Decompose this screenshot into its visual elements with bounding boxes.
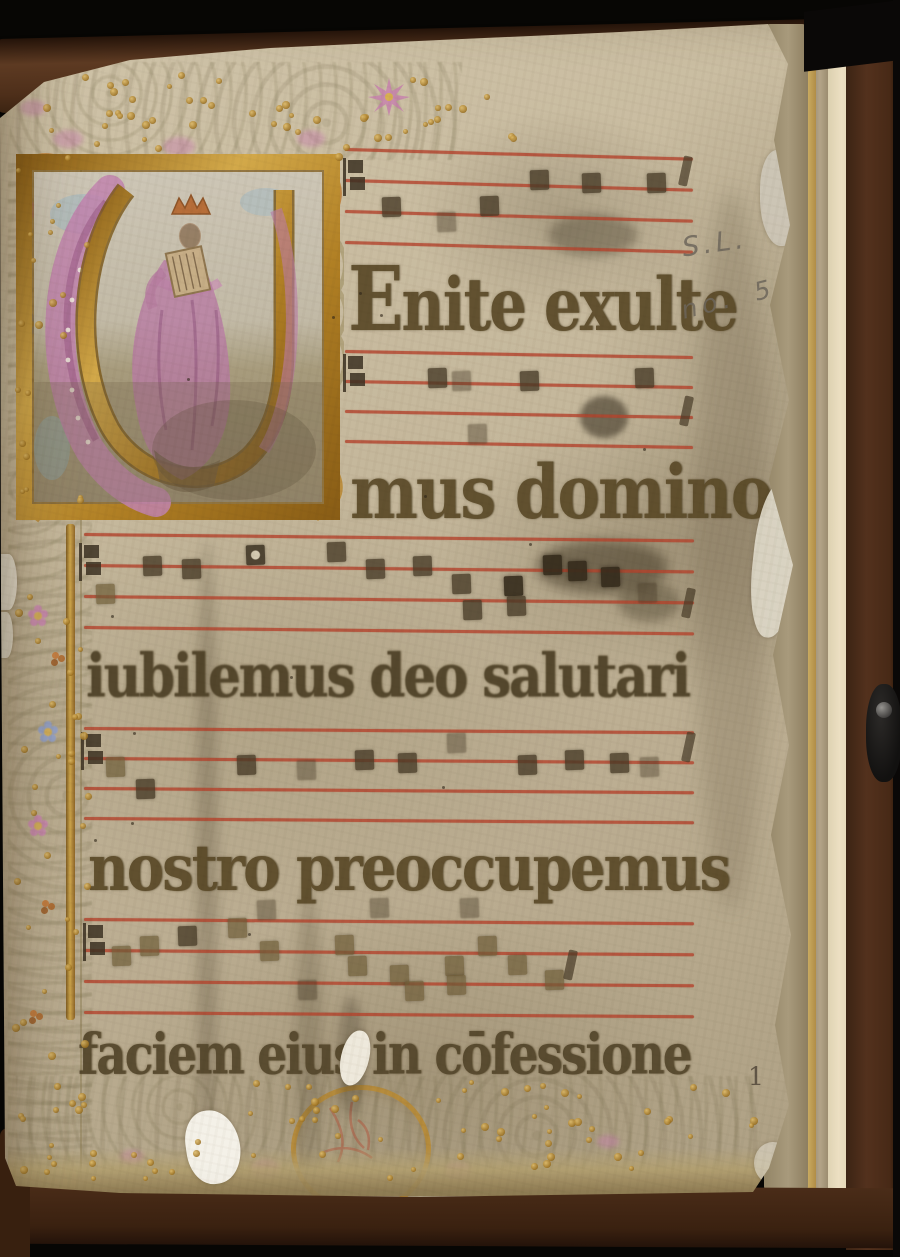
neume (640, 757, 660, 778)
neume (568, 561, 588, 582)
gold-besant-dot (289, 1118, 295, 1124)
gold-besant-dot (131, 1152, 137, 1158)
neume (445, 956, 465, 977)
chant-line-5: faciem eius in cōfessione (78, 1022, 691, 1088)
custos-mark (679, 395, 694, 426)
neume (545, 970, 565, 991)
fly-speck (248, 933, 251, 936)
gold-besant-dot (84, 883, 91, 890)
neume (136, 779, 156, 800)
staff-line (84, 1011, 694, 1018)
gold-besant-dot (722, 1089, 730, 1097)
psaltery-icon (166, 246, 210, 297)
gold-besant-dot (331, 1105, 339, 1113)
neume (504, 576, 524, 597)
photograph-of-bound-manuscript: Enite exulte mus domino iubilemus deo sa… (0, 0, 900, 1257)
gold-besant-dot (285, 1084, 291, 1090)
gold-besant-dot (501, 1088, 509, 1096)
gold-besant-dot (189, 121, 197, 129)
clef-mark (86, 734, 106, 774)
gold-besant-dot (78, 1093, 86, 1101)
neume (447, 733, 467, 754)
chant-line-3: iubilemus deo salutari (86, 640, 689, 711)
neume (601, 567, 621, 588)
neume (463, 600, 483, 621)
gold-besant-dot (543, 1160, 551, 1168)
gold-besant-dot (282, 101, 290, 109)
staff-line (84, 980, 694, 987)
pink-star-floret-icon (366, 76, 412, 118)
gold-besant-dot (15, 609, 23, 617)
parchment-page: Enite exulte mus domino iubilemus deo sa… (0, 0, 900, 1257)
custos-mark (681, 731, 696, 762)
gold-besant-dot (54, 1083, 61, 1090)
gold-besant-dot (638, 1150, 644, 1156)
gold-besant-dot (497, 1128, 505, 1136)
gold-besant-dot (127, 112, 135, 120)
gold-besant-dot (49, 299, 57, 307)
fly-speck (424, 495, 427, 498)
gold-besant-dot (90, 1150, 97, 1157)
gold-besant-dot (311, 1098, 319, 1106)
gold-besant-dot (664, 1118, 671, 1125)
gold-besant-dot (68, 758, 75, 765)
clef-mark (88, 925, 108, 965)
fly-speck (133, 732, 136, 735)
neume (530, 170, 550, 191)
gold-besant-dot (335, 1133, 341, 1139)
gold-besant-dot (186, 97, 193, 104)
berry-cluster-icon (30, 1010, 37, 1017)
gold-besant-dot (360, 114, 368, 122)
gold-besant-dot (319, 1151, 326, 1158)
neume (508, 955, 528, 976)
neume (405, 981, 425, 1002)
gold-besant-dot (540, 1083, 546, 1089)
staff-line (345, 440, 693, 449)
gold-besant-dot (42, 989, 47, 994)
gold-besant-dot (51, 1161, 57, 1167)
fly-speck (94, 839, 97, 842)
gold-besant-dot (142, 137, 147, 142)
gold-besant-dot (374, 134, 382, 142)
staff-line (84, 757, 694, 764)
gold-besant-dot (216, 78, 222, 84)
clef-mark (348, 356, 368, 396)
gold-besant-dot (81, 1040, 89, 1048)
gold-besant-dot (19, 440, 26, 447)
neume (398, 753, 418, 774)
age-darkening (152, 400, 316, 500)
gold-besant-dot (110, 88, 118, 96)
gold-besant-dot (129, 96, 136, 103)
gold-besant-dot (122, 79, 129, 86)
berry-cluster-icon (52, 652, 59, 659)
chant-line-2: mus domino (350, 450, 771, 536)
gold-besant-dot (200, 97, 207, 104)
neume (543, 555, 563, 576)
staff-line (84, 727, 694, 734)
gold-besant-dot (283, 123, 291, 131)
gold-besant-dot (14, 878, 21, 885)
gold-besant-dot (106, 110, 113, 117)
gold-besant-dot (248, 1111, 253, 1116)
neume (366, 559, 386, 580)
gold-besant-dot (428, 119, 434, 125)
binding-clasp-stud (876, 702, 892, 718)
gold-besant-dot (35, 321, 43, 329)
gold-besant-dot (249, 110, 256, 117)
neume (335, 935, 355, 956)
neume (106, 757, 126, 778)
gold-besant-dot (510, 135, 517, 142)
neume (355, 750, 375, 771)
gold-besant-dot (21, 746, 28, 753)
gold-besant-dot (644, 1108, 651, 1115)
gold-besant-dot (60, 332, 67, 339)
neume (96, 584, 116, 605)
gold-besant-dot (24, 487, 29, 492)
pink-accent-blob (297, 130, 325, 147)
gold-besant-dot (481, 1123, 489, 1131)
staff-line (84, 787, 694, 794)
neume (228, 918, 248, 939)
gold-besant-dot (335, 153, 343, 161)
gold-besant-dot (49, 701, 56, 708)
gold-besant-dot (387, 1175, 393, 1181)
clef-mark (348, 160, 368, 200)
gold-besant-dot (271, 121, 277, 127)
folio-number: 1 (748, 1062, 764, 1091)
fly-speck (131, 822, 134, 825)
neume (565, 750, 585, 771)
neume (182, 559, 202, 580)
staff-line (84, 949, 694, 956)
gold-besant-dot (614, 1153, 622, 1161)
fly-speck (442, 786, 445, 789)
gold-besant-dot (313, 116, 321, 124)
gold-besant-dot (524, 1085, 531, 1092)
neume (178, 926, 198, 947)
clef-mark (84, 545, 104, 585)
gold-besant-dot (496, 1136, 502, 1142)
binding-clasp (866, 684, 900, 782)
gold-besant-dot (461, 1128, 466, 1133)
chant-line-4: nostro preoccupemus (88, 830, 729, 906)
neume (468, 424, 488, 445)
berry-cluster-icon (42, 900, 49, 907)
fly-speck (290, 676, 293, 679)
floret-icon (44, 728, 52, 736)
neume (382, 197, 402, 218)
neume (520, 371, 540, 392)
left-border-gold-rule (66, 524, 75, 1020)
gold-besant-dot (27, 594, 33, 600)
gold-besant-dot (410, 77, 416, 83)
fly-speck (380, 314, 383, 317)
neume (447, 975, 467, 996)
neume (143, 556, 163, 577)
neume (635, 368, 655, 389)
gold-besant-dot (31, 810, 37, 816)
staff-line (345, 179, 693, 192)
gold-besant-dot (12, 1024, 20, 1032)
gold-besant-dot (574, 1118, 582, 1126)
gold-besant-dot (63, 618, 70, 625)
gold-besant-dot (299, 1116, 305, 1122)
page-bottom-fold-shadow (8, 1148, 772, 1196)
neume (327, 542, 347, 563)
neume (610, 753, 630, 774)
neume (428, 368, 448, 389)
gold-besant-dot (193, 1150, 200, 1157)
floret-icon (34, 612, 42, 620)
staff-line (84, 918, 694, 925)
gold-besant-dot (459, 105, 467, 113)
gold-besant-dot (586, 1137, 592, 1143)
neume (480, 196, 500, 217)
gold-besant-dot (35, 638, 41, 644)
neume (297, 760, 317, 781)
gold-besant-dot (102, 123, 108, 129)
neume (237, 755, 257, 776)
gold-besant-dot (20, 1166, 28, 1174)
neume (478, 936, 498, 957)
gold-besant-dot (142, 121, 150, 129)
illuminated-initial-panel (14, 150, 344, 528)
leather-binding-right-cover (846, 12, 898, 1250)
gold-besant-dot (43, 104, 51, 112)
gold-besant-dot (149, 117, 156, 124)
gold-besant-dot (352, 1095, 359, 1102)
gold-besant-dot (48, 1052, 56, 1060)
fly-speck (187, 378, 190, 381)
gold-besant-dot (147, 1159, 154, 1166)
fly-speck (111, 615, 114, 618)
edge-chip (0, 554, 17, 610)
fly-speck (359, 292, 362, 295)
staff-line (84, 817, 694, 824)
neume (413, 556, 433, 577)
neume (638, 583, 658, 604)
gold-besant-dot (60, 292, 66, 298)
neume (452, 371, 472, 392)
staff-line (345, 350, 693, 359)
neume (246, 545, 266, 566)
neume (518, 755, 538, 776)
neume (582, 173, 602, 194)
gold-besant-dot (531, 1163, 538, 1170)
floret-icon (34, 822, 42, 830)
gold-besant-dot (435, 105, 441, 111)
neume (112, 946, 132, 967)
gold-besant-dot (561, 1089, 569, 1097)
gold-besant-dot (80, 732, 88, 740)
gold-besant-dot (313, 1107, 320, 1114)
staff-line (84, 626, 694, 635)
gold-besant-dot (195, 1139, 201, 1145)
fly-speck (643, 448, 646, 451)
gold-besant-dot (688, 1134, 693, 1139)
neume (452, 574, 472, 595)
fly-speck (529, 543, 532, 546)
gold-besant-dot (484, 94, 490, 100)
gold-besant-dot (420, 78, 428, 86)
neume (140, 936, 160, 957)
staff-line (345, 410, 693, 419)
gold-besant-dot (169, 1169, 175, 1175)
fly-speck (332, 316, 335, 319)
gold-besant-dot (23, 453, 30, 460)
background-shadow (893, 0, 900, 1257)
neume (507, 596, 527, 617)
pink-accent-blob (53, 130, 83, 148)
background-shadow (804, 0, 900, 72)
staff-line (84, 595, 694, 604)
neume (647, 173, 667, 194)
neume (298, 980, 318, 1001)
edge-chip (0, 612, 13, 658)
gold-besant-dot (457, 1153, 464, 1160)
neume (348, 956, 368, 977)
neume (437, 212, 457, 233)
neume (260, 941, 280, 962)
gold-besant-dot (306, 1084, 312, 1090)
gold-besant-dot (117, 113, 123, 119)
gold-besant-dot (89, 1160, 96, 1167)
